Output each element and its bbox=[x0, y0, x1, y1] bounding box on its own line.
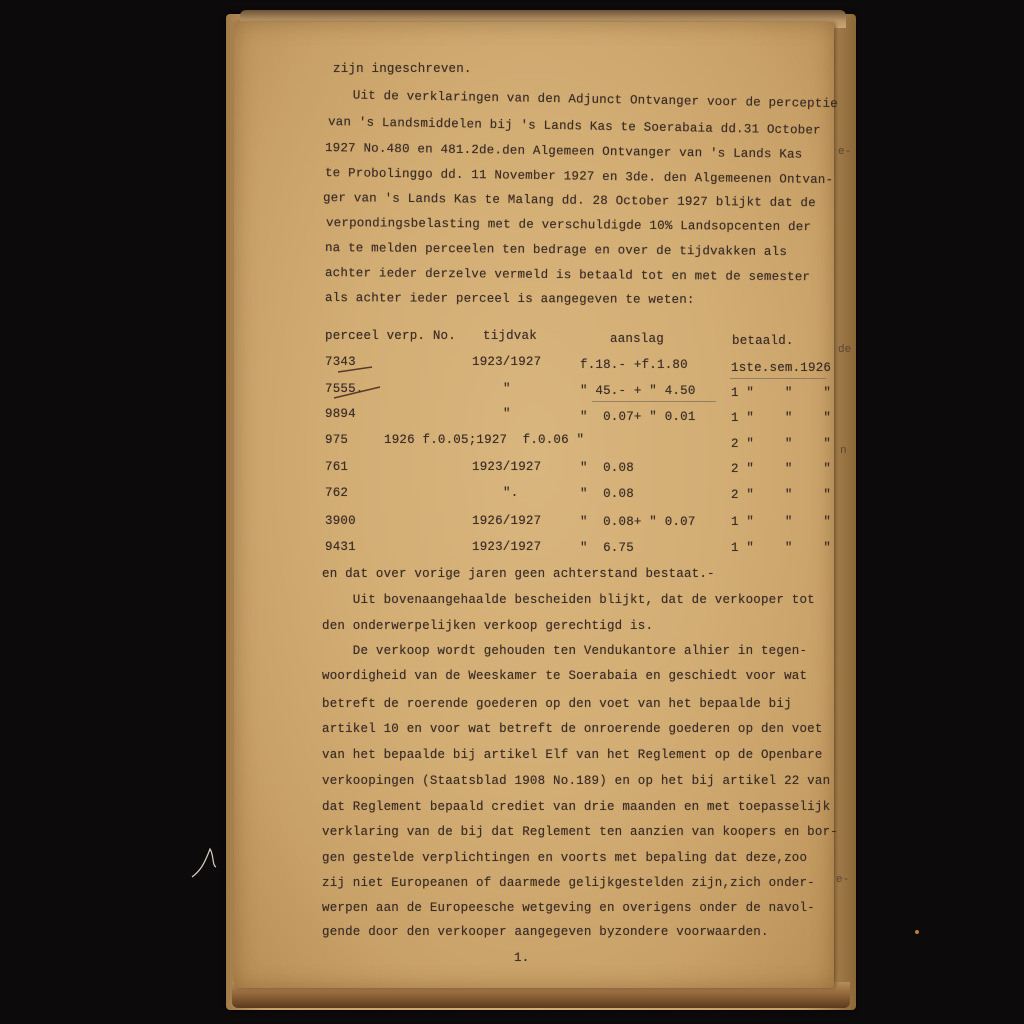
table-cell-aanslag: " 6.75 bbox=[580, 541, 634, 555]
edge-fragment: n bbox=[840, 445, 847, 457]
table-cell-tijdvak: ". bbox=[503, 486, 518, 500]
paragraph-sale-conditions: en dat over vorige jaren geen achterstan… bbox=[0, 0, 15, 238]
table-header-aanslag: aanslag bbox=[610, 332, 664, 346]
dust-speck bbox=[915, 930, 919, 934]
table-cell-aanslag: " 0.07+ " 0.01 bbox=[580, 410, 696, 424]
table-cell-betaald: 1ste.sem.1926 bbox=[731, 361, 831, 375]
typed-page bbox=[234, 22, 834, 988]
table-cell-betaald: 1 " " " bbox=[731, 411, 831, 425]
text-line: betreft de roerende goederen op den voet… bbox=[322, 697, 792, 711]
text-line: zij niet Europeanen of daarmede gelijkge… bbox=[322, 876, 815, 890]
table-cell-aanslag: " 45.- + " 4.50 bbox=[580, 384, 696, 398]
text-line: en dat over vorige jaren geen achterstan… bbox=[322, 567, 715, 581]
table-cell-betaald: 2 " " " bbox=[731, 488, 831, 502]
text-line: als achter ieder perceel is aangegeven t… bbox=[325, 291, 695, 307]
table-cell-perceel: 761 bbox=[325, 460, 348, 474]
text-line: Uit bovenaangehaalde bescheiden blijkt, … bbox=[322, 593, 815, 607]
table-cell-aanslag: " 0.08+ " 0.07 bbox=[580, 515, 696, 529]
text-line: artikel 10 en voor wat betreft de onroer… bbox=[322, 722, 823, 736]
item-number: 1. bbox=[514, 951, 529, 965]
table-cell-perceel: 9894 bbox=[325, 407, 356, 421]
table-cell-betaald: 2 " " " bbox=[731, 437, 831, 451]
edge-fragment: e- bbox=[838, 146, 851, 158]
table-header-betaald: betaald. bbox=[732, 334, 794, 348]
table-cell-aanslag: " 0.08 bbox=[580, 461, 634, 475]
text-line: gende door den verkooper aangegeven byzo… bbox=[322, 925, 769, 939]
table-cell-tijdvak: 1923/1927 bbox=[472, 460, 541, 474]
table-cell-tijdvak: " bbox=[503, 407, 511, 421]
table-cell-tijdvak: 1926/1927 bbox=[472, 514, 541, 528]
table-header-tijdvak: tijdvak bbox=[483, 329, 537, 343]
text-line: den onderwerpelijken verkoop gerechtigd … bbox=[322, 619, 653, 633]
table-cell-betaald: 1 " " " bbox=[731, 386, 831, 400]
text-line: zijn ingeschreven. bbox=[333, 62, 472, 76]
table-cell-tijdvak: 1923/1927 bbox=[472, 540, 541, 554]
page-edge-line bbox=[834, 40, 835, 980]
table-cell-perceel: 3900 bbox=[325, 514, 356, 528]
aanslag-underline bbox=[592, 401, 716, 402]
text-line: dat Reglement bepaald crediet van drie m… bbox=[322, 800, 830, 814]
text-line: van het bepaalde bij artikel Elf van het… bbox=[322, 748, 823, 762]
table-cell-aanslag: f.18.- +f.1.80 bbox=[580, 358, 688, 372]
pen-check-mark bbox=[336, 362, 376, 374]
table-cell-betaald: 2 " " " bbox=[731, 462, 831, 476]
text-line: verkoopingen (Staatsblad 1908 No.189) en… bbox=[322, 774, 830, 788]
text-line: De verkoop wordt gehouden ten Vendukanto… bbox=[322, 644, 807, 658]
text-line: werpen aan de Europeesche wetgeving en o… bbox=[322, 901, 815, 915]
table-cell-perceel: 762 bbox=[325, 486, 348, 500]
table-cell-perceel: 975 bbox=[325, 433, 348, 447]
table-cell-aanslag: " 0.08 bbox=[580, 487, 634, 501]
table-cell-tijdvak: " bbox=[503, 382, 511, 396]
edge-fragment: de bbox=[838, 344, 851, 356]
table-cell-tijdvak: 1926 f.0.05;1927 f.0.06 " bbox=[384, 433, 584, 447]
edge-fragment: e- bbox=[836, 874, 849, 886]
table-cell-betaald: 1 " " " bbox=[731, 541, 831, 555]
text-line: verklaring van de bij dat Reglement ten … bbox=[322, 825, 838, 839]
text-line: gen gestelde verplichtingen en voorts me… bbox=[322, 851, 807, 865]
table-cell-perceel: 9431 bbox=[325, 540, 356, 554]
table-cell-tijdvak: 1923/1927 bbox=[472, 355, 541, 369]
loose-thread bbox=[190, 845, 230, 885]
pen-check-mark bbox=[332, 384, 384, 400]
text-line: woordigheid van de Weeskamer te Soerabai… bbox=[322, 669, 807, 683]
betaald-underline bbox=[730, 378, 826, 379]
table-header-perceel: perceel verp. No. bbox=[325, 329, 456, 343]
table-cell-betaald: 1 " " " bbox=[731, 515, 831, 529]
